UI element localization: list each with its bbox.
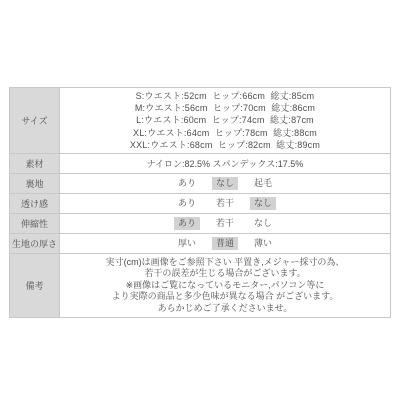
size-spec-line-xxl: XXL:ウエスト:68cm ヒップ:82cm 総丈:89cm	[130, 139, 320, 151]
note-line-5: あらかじめご了承くださいませ。	[158, 303, 293, 315]
option-stretch-jakkan: 若干	[212, 217, 238, 230]
row-label-lining: 裏地	[10, 174, 60, 193]
size-spec-line-s: S:ウエスト:52cm ヒップ:66cm 総丈:85cm	[136, 90, 315, 102]
row-label-notes: 備考	[10, 254, 60, 317]
option-stretch-ari: あり	[174, 217, 200, 230]
row-label-material: 素材	[10, 154, 60, 173]
option-lining-kimo: 起毛	[250, 177, 276, 190]
product-spec-table: サイズ S:ウエスト:52cm ヒップ:66cm 総丈:85cm M:ウエスト:…	[9, 87, 391, 318]
table-row-stretch: 伸縮性 あり 若干 なし	[10, 214, 390, 234]
option-thickness-atsui: 厚い	[174, 237, 200, 250]
material-value: ナイロン:82.5% スパンデックス:17.5%	[60, 154, 390, 173]
lining-options: あり なし 起毛	[60, 174, 390, 193]
table-row-lining: 裏地 あり なし 起毛	[10, 174, 390, 194]
size-spec-line-l: L:ウエスト:60cm ヒップ:74cm 総丈:87cm	[136, 114, 314, 126]
size-specs: S:ウエスト:52cm ヒップ:66cm 総丈:85cm M:ウエスト:56cm…	[60, 88, 390, 153]
option-sheerness-jakkan: 若干	[212, 197, 238, 210]
option-thickness-usui: 薄い	[250, 237, 276, 250]
option-sheerness-ari: あり	[174, 197, 200, 210]
sheerness-options: あり 若干 なし	[60, 194, 390, 213]
table-row-notes: 備考 実寸(cm)は画像をご参照下さい 平置き,メジャー採寸の為、 若干の誤差が…	[10, 254, 390, 317]
option-sheerness-nashi: なし	[250, 197, 276, 210]
table-row-thickness: 生地の厚さ 厚い 普通 薄い	[10, 234, 390, 254]
table-row-sheerness: 透け感 あり 若干 なし	[10, 194, 390, 214]
row-label-sheerness: 透け感	[10, 194, 60, 213]
row-label-stretch: 伸縮性	[10, 214, 60, 233]
option-stretch-nashi: なし	[250, 217, 276, 230]
note-line-3: ※画像はご覧になっているモニター,パソコン等に	[126, 280, 325, 292]
notes-text: 実寸(cm)は画像をご参照下さい 平置き,メジャー採寸の為、 若干の誤差が生じる…	[60, 254, 390, 317]
option-lining-nashi: なし	[212, 177, 238, 190]
stretch-options: あり 若干 なし	[60, 214, 390, 233]
note-line-2: 若干の誤差が生じる場合がございます。	[144, 268, 305, 280]
note-line-4: より実際の商品と多少色味が異なる場合 がございます。	[112, 291, 339, 303]
option-lining-ari: あり	[174, 177, 200, 190]
size-spec-line-xl: XL:ウエスト:64cm ヒップ:78cm 総丈:88cm	[133, 127, 317, 139]
note-line-1: 実寸(cm)は画像をご参照下さい 平置き,メジャー採寸の為、	[106, 257, 345, 269]
table-row-material: 素材 ナイロン:82.5% スパンデックス:17.5%	[10, 154, 390, 174]
option-thickness-futsu: 普通	[212, 237, 238, 250]
row-label-thickness: 生地の厚さ	[10, 234, 60, 253]
thickness-options: 厚い 普通 薄い	[60, 234, 390, 253]
table-row-size: サイズ S:ウエスト:52cm ヒップ:66cm 総丈:85cm M:ウエスト:…	[10, 88, 390, 154]
row-label-size: サイズ	[10, 88, 60, 153]
size-spec-line-m: M:ウエスト:56cm ヒップ:70cm 総丈:86cm	[135, 102, 315, 114]
